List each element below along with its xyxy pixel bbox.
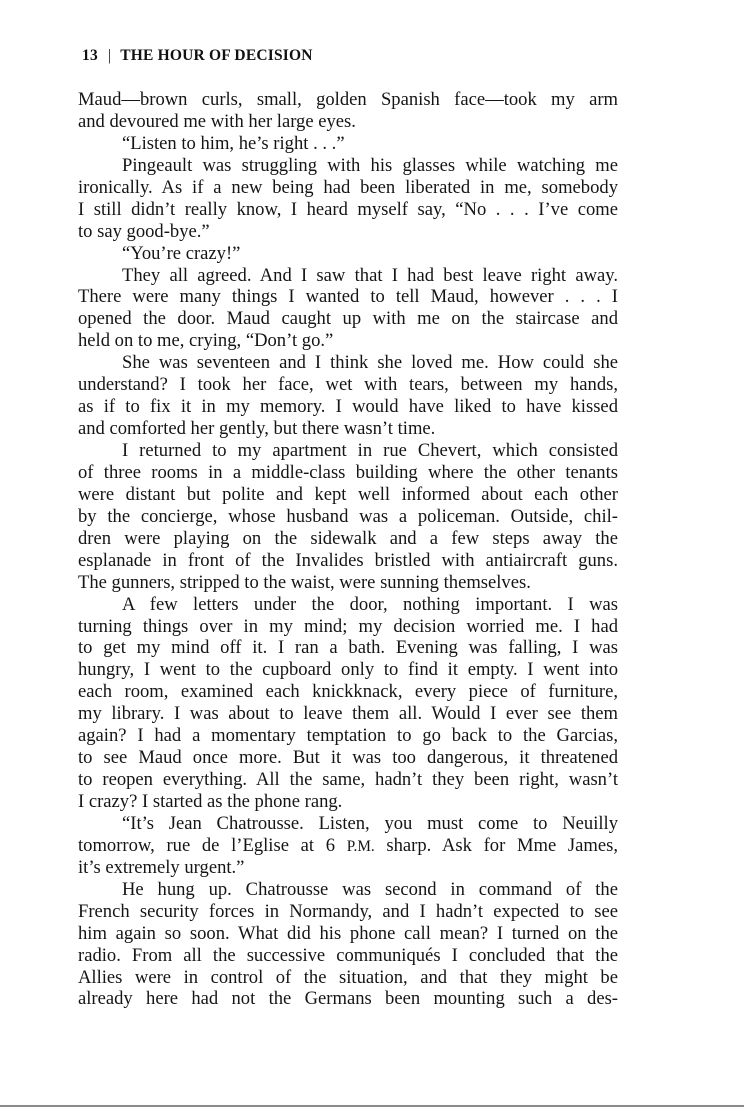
text-line: and comforted her gently, but there wasn… bbox=[78, 418, 618, 440]
text-line: dren were playing on the sidewalk and a … bbox=[78, 528, 618, 550]
text-line: Maud—brown curls, small, golden Spanish … bbox=[78, 89, 618, 111]
text-line: to get my mind off it. I ran a bath. Eve… bbox=[78, 637, 618, 659]
text-line: radio. From all the successive communiqu… bbox=[78, 945, 618, 967]
text-line: A few letters under the door, nothing im… bbox=[78, 594, 618, 616]
page-bottom-edge bbox=[0, 1105, 744, 1107]
text-line: again? I had a momentary temptation to g… bbox=[78, 725, 618, 747]
text-line: already here had not the Germans been mo… bbox=[78, 988, 618, 1010]
header-separator: | bbox=[108, 47, 111, 64]
text-line: to reopen everything. All the same, hadn… bbox=[78, 769, 618, 791]
body-text: Maud—brown curls, small, golden Spanish … bbox=[78, 89, 618, 1010]
text-line: as if to fix it in my memory. I would ha… bbox=[78, 396, 618, 418]
running-head: 13|THE HOUR OF DECISION bbox=[82, 47, 313, 65]
text-line: him again so soon. What did his phone ca… bbox=[78, 923, 618, 945]
text-line: by the concierge, whose husband was a po… bbox=[78, 506, 618, 528]
text-line: it’s extremely urgent.” bbox=[78, 857, 618, 879]
text-line: “Listen to him, he’s right . . .” bbox=[78, 133, 618, 155]
book-page: 13|THE HOUR OF DECISION Maud—brown curls… bbox=[0, 0, 744, 1108]
text-line: esplanade in front of the Invalides bris… bbox=[78, 550, 618, 572]
text-line: to say good-bye.” bbox=[78, 221, 618, 243]
text-line: She was seventeen and I think she loved … bbox=[78, 352, 618, 374]
time-abbreviation: P.M. bbox=[347, 838, 375, 855]
text-line: “It’s Jean Chatrousse. Listen, you must … bbox=[78, 813, 618, 835]
text-line: I crazy? I started as the phone rang. bbox=[78, 791, 618, 813]
text-line: I still didn’t really know, I heard myse… bbox=[78, 199, 618, 221]
text-line: ironically. As if a new being had been l… bbox=[78, 177, 618, 199]
text-line: were distant but polite and kept well in… bbox=[78, 484, 618, 506]
text-line: They all agreed. And I saw that I had be… bbox=[78, 265, 618, 287]
text-line: tomorrow, rue de l’Eglise at 6 P.M. shar… bbox=[78, 835, 618, 857]
text-line: my library. I was about to leave them al… bbox=[78, 703, 618, 725]
text-line: each room, examined each knickknack, eve… bbox=[78, 681, 618, 703]
text-line: to see Maud once more. But it was too da… bbox=[78, 747, 618, 769]
text-line: understand? I took her face, wet with te… bbox=[78, 374, 618, 396]
text-line: There were many things I wanted to tell … bbox=[78, 286, 618, 308]
text-line: of three rooms in a middle-class buildin… bbox=[78, 462, 618, 484]
page-number: 13 bbox=[82, 47, 98, 64]
text-line: and devoured me with her large eyes. bbox=[78, 111, 618, 133]
text-line: opened the door. Maud caught up with me … bbox=[78, 308, 618, 330]
running-title: THE HOUR OF DECISION bbox=[120, 47, 312, 64]
text-line: French security forces in Normandy, and … bbox=[78, 901, 618, 923]
text-line: He hung up. Chatrousse was second in com… bbox=[78, 879, 618, 901]
text-line: hungry, I went to the cupboard only to f… bbox=[78, 659, 618, 681]
text-line: “You’re crazy!” bbox=[78, 243, 618, 265]
text-line: The gunners, stripped to the waist, were… bbox=[78, 572, 618, 594]
text-line: turning things over in my mind; my decis… bbox=[78, 616, 618, 638]
text-line: Allies were in control of the situation,… bbox=[78, 967, 618, 989]
text-line: I returned to my apartment in rue Chever… bbox=[78, 440, 618, 462]
text-line: held on to me, crying, “Don’t go.” bbox=[78, 330, 618, 352]
text-line: Pingeault was struggling with his glasse… bbox=[78, 155, 618, 177]
